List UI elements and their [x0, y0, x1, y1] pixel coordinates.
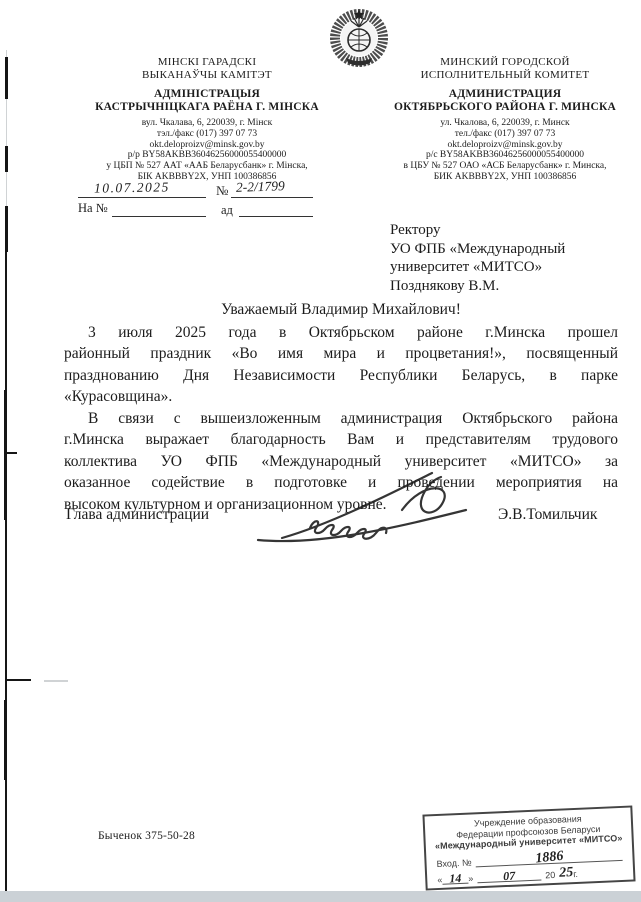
scan-scratch	[5, 452, 17, 454]
address-line: ул. Чкалова, 6, 220039, г. Минск	[374, 118, 636, 129]
admin-name-line: ОКТЯБРЬСКОГО РАЙОНА Г. МИНСКА	[374, 101, 636, 114]
address-line: тэл./факс (017) 397 07 73	[62, 129, 352, 140]
org-name-line: МІНСКІ ГАРАДСКІ	[62, 56, 352, 69]
scan-scratch	[5, 679, 31, 681]
body-line: районный праздник «Во имя мира и процвет…	[64, 343, 618, 365]
stamp-day-field: 14	[442, 867, 469, 884]
incoming-registration-stamp: Учреждение образования Федерации профсою…	[422, 805, 635, 890]
address-line: тел./факс (017) 397 07 73	[374, 129, 636, 140]
address-line: р/с BY58AKBB36046256000055400000	[374, 150, 636, 161]
scan-edge-line	[4, 390, 7, 520]
handwritten-signature	[252, 468, 484, 556]
scanned-letter-page: МІНСКІ ГАРАДСКІ ВЫКАНАЎЧЫ КАМІТЭТ АДМІНІ…	[0, 0, 641, 902]
body-line: г.Минска выражает благодарность Вам и пр…	[64, 429, 618, 451]
stamp-close-quote: »	[468, 873, 473, 883]
body-line: «Курасовщина».	[64, 386, 618, 408]
number-sign-label: №	[216, 183, 228, 199]
recipient-block: Ректору УО ФПБ «Международный университе…	[390, 221, 630, 295]
scan-edge-mark	[5, 57, 8, 99]
executor-contact: Быченок 375-50-28	[98, 830, 195, 842]
address-line: вул. Чкалава, 6, 220039, г. Мінск	[62, 118, 352, 129]
admin-name-line: АДМИНИСТРАЦИЯ	[374, 88, 636, 101]
scan-edge-line	[4, 700, 7, 780]
reply-date-underline	[239, 216, 313, 217]
body-line: В связи с вышеизложенным администрация О…	[64, 408, 618, 430]
reply-to-number-label: На №	[78, 201, 108, 216]
handwritten-year: 25	[559, 865, 574, 882]
signer-name: Э.В.Томильчик	[498, 506, 597, 524]
scan-edge-line	[5, 252, 7, 902]
body-line: 3 июля 2025 года в Октябрьском районе г.…	[64, 322, 618, 344]
stamp-year-suffix: г.	[573, 868, 578, 878]
scan-edge-mark	[5, 206, 8, 252]
handwritten-outgoing-number: 2-2/1799	[236, 178, 285, 196]
org-name-line: ИСПОЛНИТЕЛЬНЫЙ КОМИТЕТ	[374, 69, 636, 82]
address-line: БИК AKBBBY2X, УНП 100386856	[374, 172, 636, 183]
body-line: празднованию Дня Независимости Республик…	[64, 365, 618, 387]
stamp-month-field: 07	[477, 864, 542, 883]
stamp-year-prefix: 20	[545, 869, 555, 879]
salutation: Уважаемый Владимир Михайлович!	[64, 299, 618, 321]
org-name-line: ВЫКАНАЎЧЫ КАМІТЭТ	[62, 69, 352, 82]
admin-name-line: КАСТРЫЧНІЦКАГА РАЁНА Г. МІНСКА	[62, 101, 352, 114]
address-line: р/р BY58AKBB36046256000055400000	[62, 150, 352, 161]
handwritten-day: 14	[449, 870, 462, 885]
scan-scratch	[44, 680, 68, 682]
number-underline	[231, 197, 313, 198]
address-line: okt.deloproizv@minsk.gov.by	[374, 140, 636, 151]
admin-name-line: АДМІНІСТРАЦЫЯ	[62, 88, 352, 101]
address-line: в ЦБУ № 527 ОАО «АСБ Беларусбанк» г. Мин…	[374, 161, 636, 172]
recipient-line: Ректору	[390, 221, 630, 240]
signer-title: Глава администрации	[66, 506, 209, 524]
org-name-line: МИНСКИЙ ГОРОДСКОЙ	[374, 56, 636, 69]
header-right-russian: МИНСКИЙ ГОРОДСКОЙ ИСПОЛНИТЕЛЬНЫЙ КОМИТЕТ…	[374, 56, 636, 183]
recipient-line: УО ФПБ «Международный	[390, 240, 630, 259]
date-underline	[78, 197, 206, 198]
scan-bottom-edge	[0, 891, 641, 902]
recipient-line: Позднякову В.М.	[390, 277, 630, 296]
header-left-belarusian: МІНСКІ ГАРАДСКІ ВЫКАНАЎЧЫ КАМІТЭТ АДМІНІ…	[62, 56, 352, 183]
address-line: okt.deloproizv@minsk.gov.by	[62, 140, 352, 151]
recipient-line: университет «МИТСО»	[390, 258, 630, 277]
reply-date-label: ад	[221, 203, 233, 218]
reply-number-underline	[112, 216, 206, 217]
scan-edge-mark	[5, 146, 8, 172]
handwritten-outgoing-date: 10.07.2025	[94, 179, 170, 196]
handwritten-month: 07	[503, 868, 516, 883]
address-line: у ЦБП № 527 ААТ «ААБ Беларусбанк» г. Мін…	[62, 161, 352, 172]
